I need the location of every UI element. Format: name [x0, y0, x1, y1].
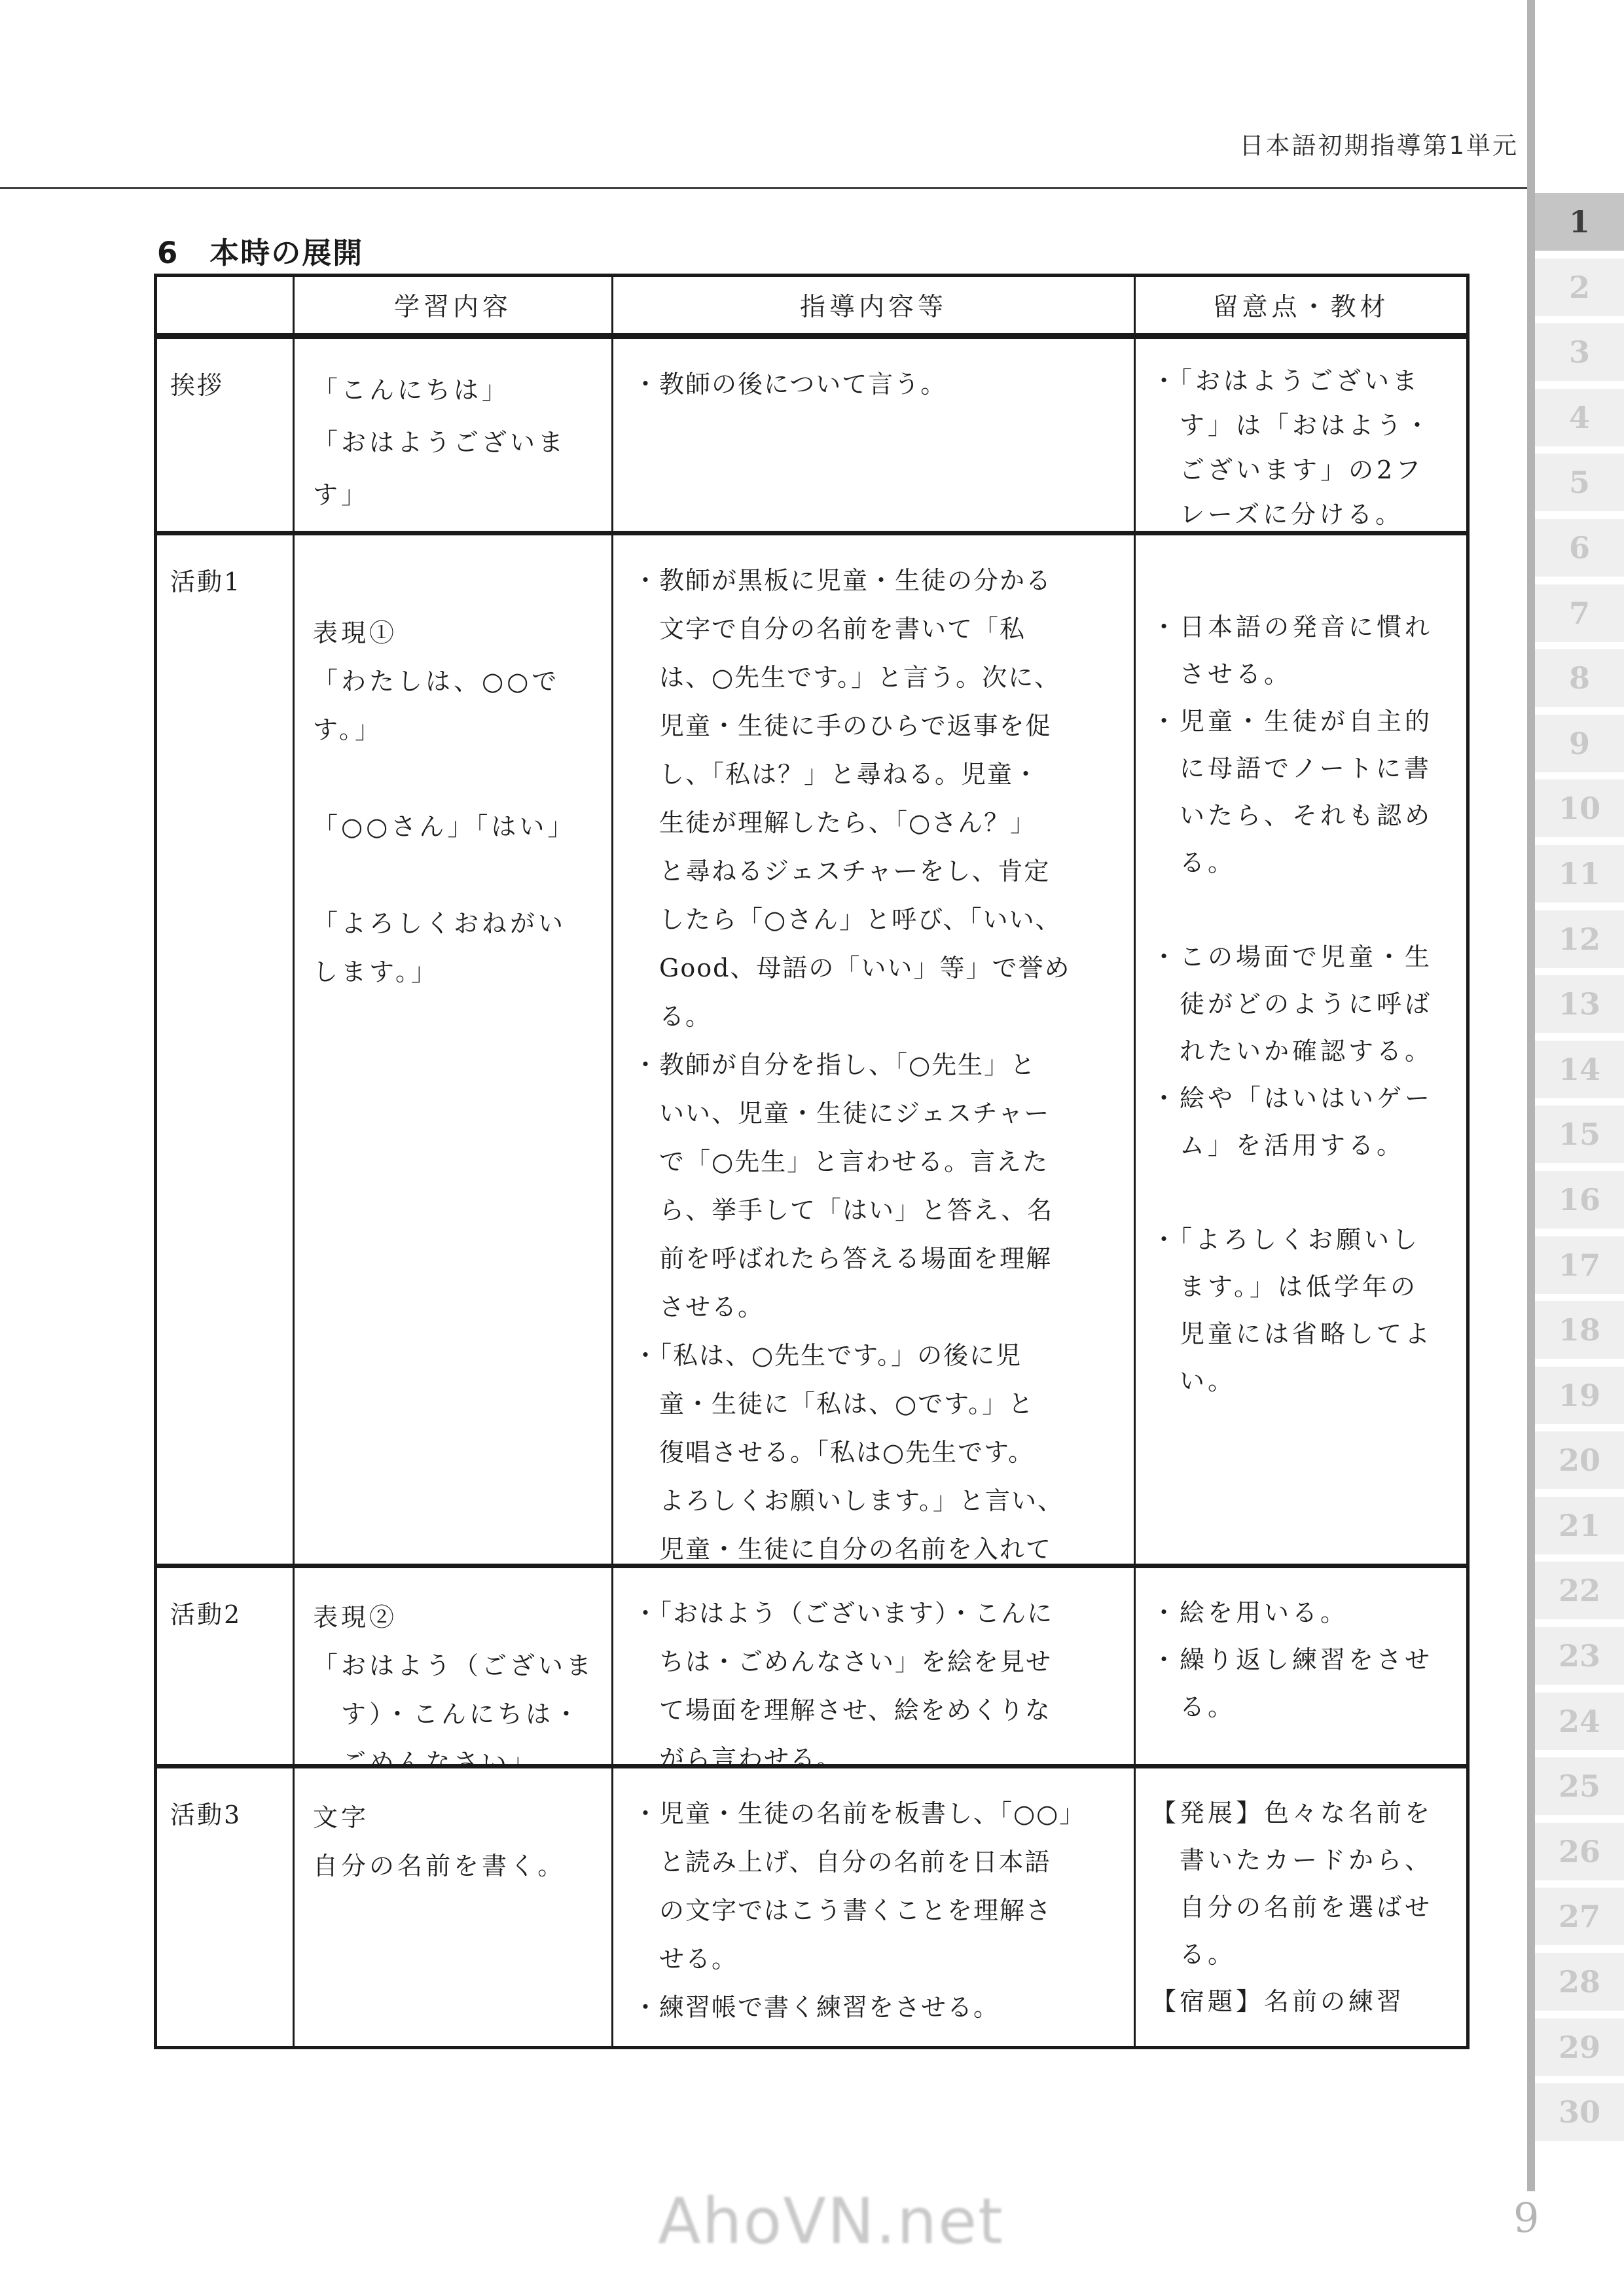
- unit-tab-13[interactable]: 13: [1535, 975, 1624, 1033]
- unit-tab-20[interactable]: 20: [1535, 1431, 1624, 1489]
- unit-tab-12[interactable]: 12: [1535, 910, 1624, 968]
- unit-tab-27[interactable]: 27: [1535, 1888, 1624, 1945]
- unit-tab-1[interactable]: 1: [1535, 193, 1624, 251]
- activity2-learning: 表現② 「おはよう（ございま す）・こんにちは・ ごめんなさい」: [295, 1568, 613, 1768]
- activity1-notes-block1: ・日本語の発音に慣れ させる。 ・児童・生徒が自主的 に母語でノートに書 いたら…: [1151, 603, 1462, 886]
- activity2-notes: ・絵を用いる。 ・繰り返し練習をさせ る。: [1136, 1568, 1466, 1768]
- header-cell-learning: 学習内容: [295, 277, 613, 339]
- activity3-learning: 文字 自分の名前を書く。: [295, 1768, 613, 2046]
- activity1-notes-block2: ・この場面で児童・生 徒がどのように呼ば れたいか確認する。 ・絵や「はいはいゲ…: [1151, 933, 1462, 1169]
- lesson-plan-table: 学習内容 指導内容等 留意点・教材 挨拶 「こんにちは」 「おはようございま す…: [154, 274, 1470, 2049]
- unit-tab-9[interactable]: 9: [1535, 715, 1624, 772]
- unit-tab-23[interactable]: 23: [1535, 1627, 1624, 1685]
- unit-tab-2[interactable]: 2: [1535, 259, 1624, 316]
- greeting-notes: ・「おはようございま す」は「おはよう・ ございます」の2フ レーズに分ける。: [1136, 339, 1466, 531]
- unit-tab-8[interactable]: 8: [1535, 649, 1624, 707]
- unit-tab-19[interactable]: 19: [1535, 1367, 1624, 1424]
- activity3-teaching: ・児童・生徒の名前を板書し、「○○」 と読み上げ、自分の名前を日本語 の文字では…: [613, 1768, 1136, 2046]
- page-number: 9: [1513, 2194, 1539, 2242]
- unit-tab-column: 1 2 3 4 5 6 7 8 9 10 11 12 13 14 15 16 1…: [1535, 193, 1624, 2141]
- unit-tab-14[interactable]: 14: [1535, 1041, 1624, 1098]
- greeting-teaching: ・教師の後について言う。: [613, 339, 1136, 535]
- unit-tab-16[interactable]: 16: [1535, 1171, 1624, 1229]
- header-cell-blank: [157, 277, 295, 339]
- unit-tab-26[interactable]: 26: [1535, 1823, 1624, 1880]
- unit-tab-7[interactable]: 7: [1535, 584, 1624, 642]
- activity1-notes-block3: ・「よろしくお願いし ます。」は低学年の 児童には省略してよ い。: [1151, 1216, 1462, 1405]
- watermark: AhoVN.net: [658, 2185, 1004, 2258]
- unit-tab-10[interactable]: 10: [1535, 780, 1624, 837]
- section-title: 6 本時の展開: [157, 229, 363, 272]
- unit-tab-17[interactable]: 17: [1535, 1236, 1624, 1294]
- unit-tab-29[interactable]: 29: [1535, 2018, 1624, 2076]
- activity1-learning-block3: 「よろしくおねがい します。」: [313, 899, 606, 996]
- row-label-activity3: 活動3: [157, 1768, 295, 2046]
- greeting-learning: 「こんにちは」 「おはようございま す」: [313, 364, 606, 521]
- document-page: 日本語初期指導第1単元 6 本時の展開 学習内容 指導内容等 留意点・教材 挨拶…: [0, 0, 1624, 2296]
- row-label-activity1: 活動1: [157, 535, 295, 1568]
- unit-tab-30[interactable]: 30: [1535, 2083, 1624, 2141]
- unit-tab-28[interactable]: 28: [1535, 1953, 1624, 2011]
- unit-tab-3[interactable]: 3: [1535, 323, 1624, 381]
- sidebar-rule: [1527, 0, 1535, 2191]
- activity2-teaching: ・「おはよう（ございます）・こんに ちは・ごめんなさい」を絵を見せ て場面を理解…: [613, 1568, 1136, 1768]
- unit-tab-22[interactable]: 22: [1535, 1562, 1624, 1619]
- header-cell-notes: 留意点・教材: [1136, 277, 1466, 339]
- unit-tab-4[interactable]: 4: [1535, 389, 1624, 446]
- unit-tab-6[interactable]: 6: [1535, 519, 1624, 577]
- unit-tab-15[interactable]: 15: [1535, 1105, 1624, 1163]
- activity1-learning-block1: 表現① 「わたしは、○○で す。」: [313, 609, 606, 754]
- unit-tab-11[interactable]: 11: [1535, 845, 1624, 903]
- unit-tab-18[interactable]: 18: [1535, 1301, 1624, 1359]
- activity3-notes: 【発展】色々な名前を 書いたカードから、 自分の名前を選ばせ る。 【宿題】名前…: [1136, 1768, 1466, 2046]
- unit-tab-25[interactable]: 25: [1535, 1757, 1624, 1815]
- row-label-activity2: 活動2: [157, 1568, 295, 1768]
- unit-tab-24[interactable]: 24: [1535, 1693, 1624, 1750]
- activity1-teaching: ・教師が黒板に児童・生徒の分かる 文字で自分の名前を書いて「私 は、○先生です。…: [613, 535, 1136, 1568]
- unit-tab-21[interactable]: 21: [1535, 1497, 1624, 1554]
- running-header: 日本語初期指導第1単元: [1239, 126, 1519, 161]
- row-label-greeting: 挨拶: [157, 339, 295, 535]
- header-cell-teaching: 指導内容等: [613, 277, 1136, 339]
- activity1-learning-block2: 「○○さん」「はい」: [313, 802, 606, 851]
- unit-tab-5[interactable]: 5: [1535, 454, 1624, 511]
- header-rule: [0, 187, 1528, 189]
